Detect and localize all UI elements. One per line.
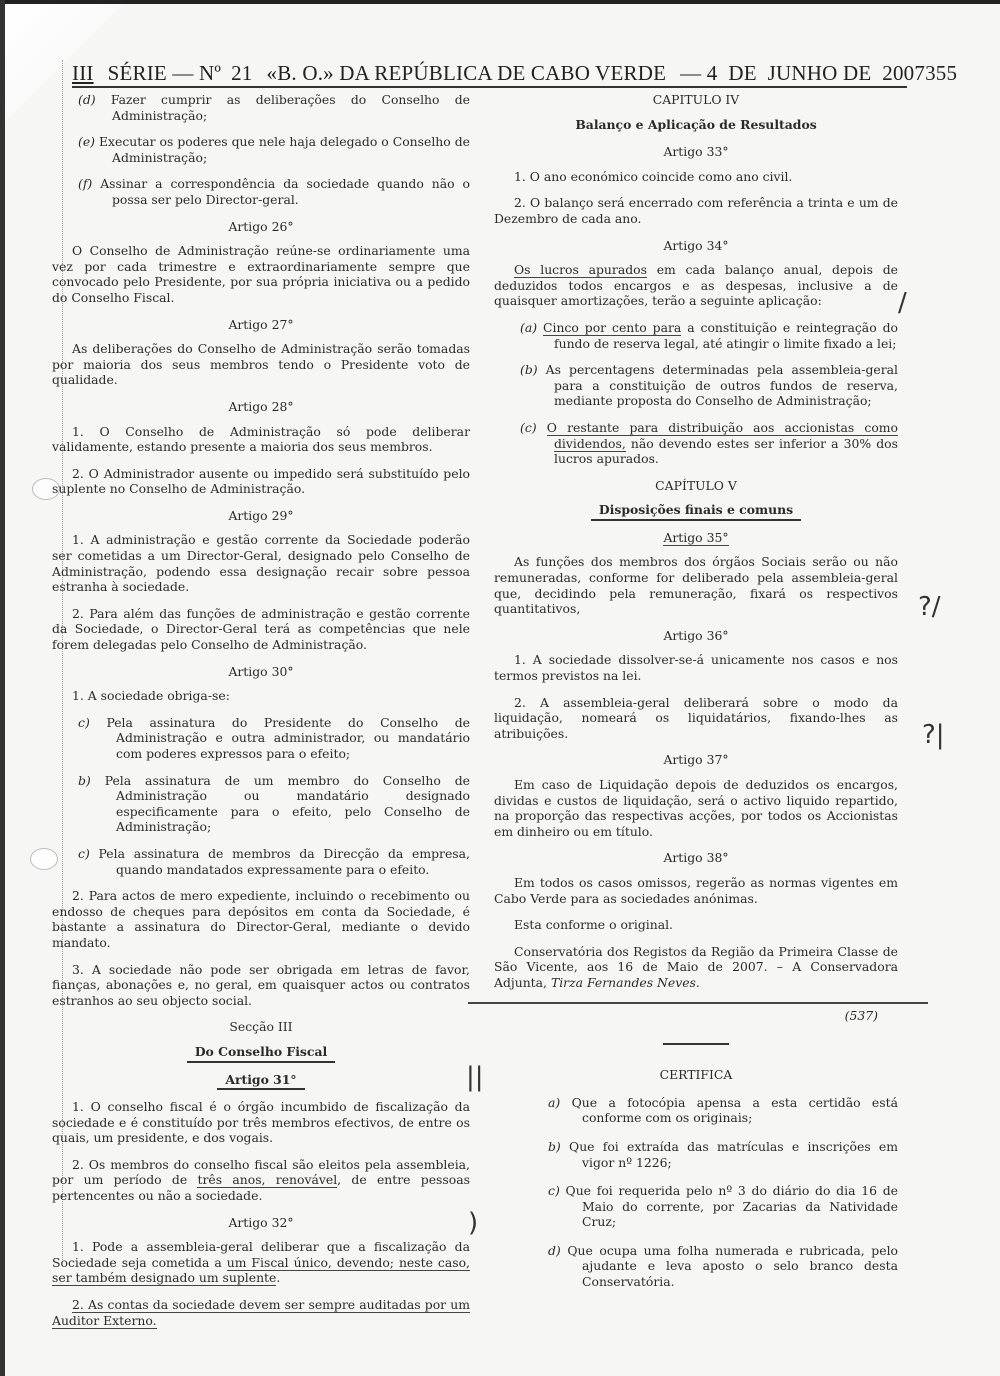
publication-title: «B. O.» DA REPÚBLICA DE CABO VERDE: [267, 61, 667, 86]
reference-number: (537): [494, 1008, 878, 1024]
list-item: d) Que ocupa uma folha numerada e rubric…: [522, 1243, 898, 1290]
paragraph: 2. As contas da sociedade devem ser semp…: [52, 1297, 470, 1328]
paragraph: 2. Para além das funções de administraçã…: [52, 606, 470, 653]
list-item: (e) Executar os poderes que nele haja de…: [52, 134, 470, 165]
list-item: (f) Assinar a correspondência da socieda…: [52, 176, 470, 207]
divider: [663, 1043, 729, 1045]
paragraph: 2. O Administrador ausente ou impedido s…: [52, 466, 470, 497]
paragraph: 2. Para actos de mero expediente, inclui…: [52, 888, 470, 950]
paragraph: 1. Pode a assembleia-geral deliberar que…: [52, 1239, 470, 1286]
paragraph: 2. A assembleia-geral deliberará sobre o…: [494, 695, 898, 742]
list-item: b) Pela assinatura de um membro do Conse…: [52, 773, 470, 835]
issue-number: 21: [231, 61, 252, 86]
certifica-title: CERTIFICA: [494, 1067, 898, 1083]
paragraph: Em todos os casos omissos, regerão as no…: [494, 875, 898, 906]
section-title: Do Conselho Fiscal: [52, 1044, 470, 1063]
chapter-title: Balanço e Aplicação de Resultados: [494, 117, 898, 133]
paragraph: 1. O ano económico coincide como ano civ…: [494, 169, 898, 185]
right-column: CAPITULO IV Balanço e Aplicação de Resul…: [494, 92, 898, 1303]
list-item: (c) O restante para distribuição aos acc…: [494, 420, 898, 467]
article-title: Artigo 26°: [52, 219, 470, 235]
chapter-title: Disposições finais e comuns: [494, 502, 898, 521]
article-title: Artigo 31°: [52, 1072, 470, 1091]
paragraph: Esta conforme o original.: [494, 917, 898, 933]
paragraph: Os lucros apurados em cada balanço anual…: [494, 262, 898, 309]
list-item: c) Pela assinatura do Presidente do Cons…: [52, 715, 470, 762]
list-item: (b) As percentagens determinadas pela as…: [494, 362, 898, 409]
paragraph: 1. O conselho fiscal é o órgão incumbido…: [52, 1099, 470, 1146]
article-title: Artigo 27°: [52, 317, 470, 333]
page-number: 355: [925, 61, 957, 86]
list-item: c) Pela assinatura de membros da Direcçã…: [52, 846, 470, 877]
article-title: Artigo 37°: [494, 752, 898, 768]
paragraph: Em caso de Liquidação depois de deduzido…: [494, 777, 898, 839]
left-column: (d) Fazer cumprir as deliberações do Con…: [52, 92, 470, 1339]
list-item: c) Que foi requerida pelo nº 3 do diário…: [522, 1183, 898, 1230]
chapter-label: CAPITULO IV: [494, 92, 898, 108]
publication-date: — 4 DE JUNHO DE 2007: [680, 61, 925, 86]
handwritten-mark-icon: ||: [466, 1062, 484, 1092]
handwritten-mark-icon: ?/: [918, 592, 941, 622]
handwritten-mark-icon: ?|: [922, 720, 945, 750]
handwritten-mark-icon: /: [898, 288, 907, 318]
article-title: Artigo 32°: [52, 1215, 470, 1231]
paragraph: 1. A sociedade dissolver-se-á unicamente…: [494, 652, 898, 683]
paragraph: 1. A administração e gestão corrente da …: [52, 532, 470, 594]
page-header: III SÉRIE — Nº 21 «B. O.» DA REPÚBLICA D…: [72, 54, 907, 88]
serie-label: SÉRIE — Nº: [108, 61, 222, 86]
paragraph: Conservatória dos Registos da Região da …: [494, 944, 898, 991]
article-title: Artigo 34°: [494, 238, 898, 254]
list-item: a) Que a fotocópia apensa a esta certidã…: [522, 1095, 898, 1126]
paragraph: As deliberações do Conselho de Administr…: [52, 341, 470, 388]
list-item: (a) Cinco por cento para a constituição …: [494, 320, 898, 351]
paragraph: O Conselho de Administração reúne-se ord…: [52, 243, 470, 305]
series-number: III: [72, 61, 94, 86]
article-title: Artigo 36°: [494, 628, 898, 644]
article-title: Artigo 29°: [52, 508, 470, 524]
paragraph: As funções dos membros dos órgãos Sociai…: [494, 554, 898, 616]
paragraph: 1. O Conselho de Administração só pode d…: [52, 424, 470, 455]
list-item: (d) Fazer cumprir as deliberações do Con…: [52, 92, 470, 123]
chapter-label: CAPÍTULO V: [494, 478, 898, 494]
list-item: b) Que foi extraída das matrículas e ins…: [522, 1139, 898, 1170]
paragraph: 2. O balanço será encerrado com referênc…: [494, 195, 898, 226]
scan-edge-left: [0, 0, 5, 1376]
paragraph: 1. A sociedade obriga-se:: [52, 688, 470, 704]
divider: [468, 1002, 928, 1004]
article-title: Artigo 38°: [494, 850, 898, 866]
article-title: Artigo 33°: [494, 144, 898, 160]
article-title: Artigo 28°: [52, 399, 470, 415]
article-title: Artigo 35°: [494, 530, 898, 546]
handwritten-mark-icon: ): [468, 1208, 478, 1238]
scan-edge-top: [0, 0, 1000, 4]
paragraph: 3. A sociedade não pode ser obrigada em …: [52, 962, 470, 1009]
section-label: Secção III: [52, 1019, 470, 1035]
paragraph: 2. Os membros do conselho fiscal são ele…: [52, 1157, 470, 1204]
article-title: Artigo 30°: [52, 664, 470, 680]
